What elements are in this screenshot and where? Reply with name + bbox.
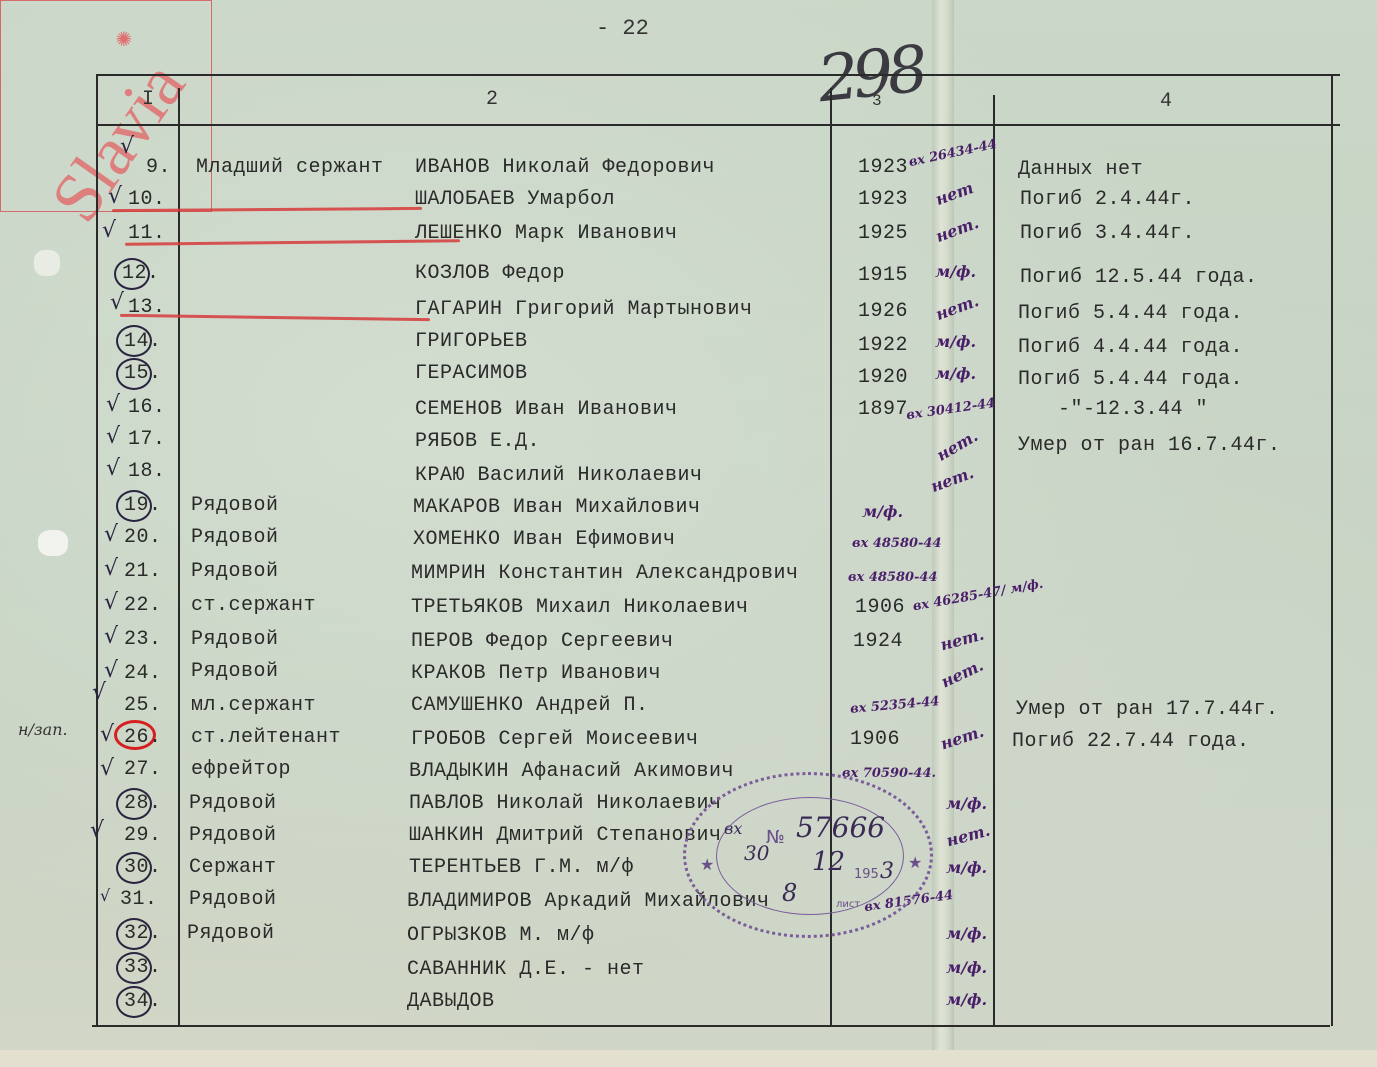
row-number: 27. [124, 758, 162, 781]
row-rank: Рядовой [187, 922, 275, 945]
stamp-sheet-label: лист [836, 899, 860, 910]
row-name: ЛЕШЕНКО Марк Иванович [415, 222, 678, 245]
check-mark-icon: √ [104, 590, 118, 615]
header-bottom-border [96, 124, 1340, 126]
stamp-number: 57666 [796, 811, 885, 844]
row-number: 15. [124, 362, 162, 385]
row-name: ИВАНОВ Николай Федорович [415, 156, 715, 179]
check-mark-icon: √ [106, 392, 120, 417]
row-number: 32. [124, 922, 162, 945]
stamp-sheet: 8 [782, 879, 797, 907]
row-number: 18. [128, 460, 166, 483]
column-header-4: 4 [1160, 90, 1172, 113]
row-rank: Сержант [189, 856, 277, 879]
row-annotation: вх 48580-44 [852, 536, 942, 551]
check-mark-icon: √ [108, 184, 122, 209]
row-number: 25. [124, 694, 162, 717]
row-number: 21. [124, 560, 162, 583]
row-year: 1923 [858, 188, 908, 211]
row-fate: -"-12.3.44 " [1058, 398, 1208, 421]
row-annotation: вх 48580-44 [848, 570, 938, 585]
row-annotation: м/ф. [946, 924, 987, 943]
archive-stamp: ★ ★ вх № 57666 30 12 195 3 8 лист [683, 772, 933, 938]
row-rank: ст.лейтенант [191, 726, 341, 749]
row-number: 23. [124, 628, 162, 651]
check-mark-icon: √ [100, 722, 114, 747]
sun-icon: ✺ [116, 23, 132, 54]
table-left-border [96, 74, 98, 1026]
row-fate: Погиб 2.4.44г. [1020, 188, 1195, 211]
row-number: 31. [120, 888, 158, 911]
row-name: ОГРЫЗКОВ М. м/ф [407, 924, 595, 947]
row-name: ГРИГОРЬЕВ [415, 330, 528, 353]
row-name: СЕМЕНОВ Иван Иванович [415, 398, 678, 421]
red-underline-row-11 [125, 239, 460, 246]
row-name: ГАГАРИН Григорий Мартынович [415, 298, 753, 321]
row-rank: Рядовой [189, 888, 277, 911]
row-fate: Погиб 5.4.44 года. [1018, 368, 1243, 391]
row-annotation: м/ф. [946, 858, 987, 877]
check-mark-icon: √ [100, 756, 114, 781]
row-number: 10. [128, 188, 166, 211]
paper-hole [38, 530, 68, 556]
row-year: 1923 [858, 156, 908, 179]
row-fate: Погиб 5.4.44 года. [1018, 302, 1243, 325]
row-number: 13. [128, 296, 166, 319]
row-annotation: м/ф. [946, 990, 987, 1009]
row-number: 22. [124, 594, 162, 617]
row-number: 24. [124, 662, 162, 685]
row-annotation: м/ф. [935, 262, 976, 281]
row-rank: ефрейтор [191, 758, 291, 781]
row-name: ГРОБОВ Сергей Моисеевич [411, 728, 699, 751]
check-mark-icon: √ [92, 680, 106, 705]
table-bottom-border [92, 1025, 1330, 1027]
row-fate: Умер от ран 16.7.44г. [1018, 434, 1281, 457]
row-name: ШАЛОБАЕВ Умарбол [415, 188, 615, 211]
stamp-day: 30 [744, 841, 769, 865]
row-name: ВЛАДЫКИН Афанасий Акимович [409, 760, 734, 783]
check-mark-icon: √ [100, 886, 110, 905]
row-rank: Рядовой [191, 628, 279, 651]
row-rank: Рядовой [191, 660, 279, 683]
row-annotation: м/ф. [946, 794, 987, 813]
check-mark-icon: √ [110, 290, 124, 315]
check-mark-icon: √ [102, 218, 116, 243]
row-number: 12. [122, 262, 160, 285]
paper-damage [34, 250, 60, 276]
row-annotation: м/ф. [946, 958, 987, 977]
stamp-month: 12 [812, 847, 845, 877]
row-number: 34. [124, 990, 162, 1013]
row-rank: Младший сержант [196, 156, 384, 179]
row-number: 17. [128, 428, 166, 451]
row-year: 1922 [858, 334, 908, 357]
row-number: 19. [124, 494, 162, 517]
row-name: САВАННИК Д.Е. - нет [407, 958, 645, 981]
row-number: 26. [124, 726, 162, 749]
stamp-year-prefix: 195 [854, 867, 879, 882]
column-header-1: I [142, 88, 154, 111]
row-name: САМУШЕНКО Андрей П. [411, 694, 649, 717]
check-mark-icon: √ [104, 556, 118, 581]
row-rank: Рядовой [191, 526, 279, 549]
row-fate: Погиб 3.4.44г. [1020, 222, 1195, 245]
row-name: МАКАРОВ Иван Михайлович [413, 496, 701, 519]
row-year: 1897 [858, 398, 908, 421]
row-year: 1920 [858, 366, 908, 389]
stamp-year-suffix: 3 [880, 859, 894, 884]
row-name: ШАНКИН Дмитрий Степанович [409, 824, 722, 847]
row-annotation: вх 52354-44 [850, 694, 940, 717]
row-number: 29. [124, 824, 162, 847]
row-number: 11. [128, 222, 166, 245]
row-year: 1924 [853, 630, 903, 653]
row-name: РЯБОВ Е.Д. [415, 430, 540, 453]
check-mark-icon: √ [106, 424, 120, 449]
check-mark-icon: √ [90, 818, 104, 843]
row-number: 16. [128, 396, 166, 419]
row-name: ХОМЕНКО Иван Ефимович [413, 528, 676, 551]
row-annotation: м/ф. [862, 502, 903, 521]
row-name: МИМРИН Константин Александрович [411, 562, 799, 585]
table-right-border [1331, 74, 1333, 1026]
col-divider-1 [178, 88, 180, 1026]
row-rank: Рядовой [191, 560, 279, 583]
row-number: 30. [124, 856, 162, 879]
row-name: ТЕРЕНТЬЕВ Г.М. м/ф [409, 856, 634, 879]
row-fate: Данных нет [1018, 158, 1143, 181]
row-number: 14. [124, 330, 162, 353]
col-divider-3 [993, 95, 995, 1026]
margin-note: н/зап. [18, 720, 68, 739]
row-name: ГЕРАСИМОВ [415, 362, 528, 385]
page-number: - 22 [596, 16, 649, 41]
check-mark-icon: √ [104, 624, 118, 649]
red-underline-row-13 [120, 314, 430, 321]
row-year: 1926 [858, 300, 908, 323]
row-name: ПАВЛОВ Николай Николаевич [409, 792, 722, 815]
row-annotation: м/ф. [935, 332, 976, 351]
row-fate: Погиб 22.7.44 года. [1012, 730, 1250, 753]
row-rank: мл.сержант [191, 694, 316, 717]
table-top-border [96, 74, 1340, 76]
row-number: 9. [146, 156, 171, 179]
row-rank: ст.сержант [191, 594, 316, 617]
column-header-2: 2 [486, 88, 498, 111]
check-mark-icon: √ [120, 134, 134, 159]
check-mark-icon: √ [104, 658, 118, 683]
row-rank: Рядовой [189, 824, 277, 847]
document-page: ✺ Slavia - 22 298 I 2 3 4 √ 9. Младший с… [0, 0, 1377, 1067]
check-mark-icon: √ [106, 456, 120, 481]
row-name: ТРЕТЬЯКОВ Михаил Николаевич [411, 596, 749, 619]
row-fate: Погиб 12.5.44 года. [1020, 266, 1258, 289]
row-year: 1906 [855, 596, 905, 619]
row-fate: Погиб 4.4.44 года. [1018, 336, 1243, 359]
row-year: 1906 [850, 728, 900, 751]
row-rank: Рядовой [191, 494, 279, 517]
paper-edge [0, 1050, 1377, 1067]
row-name: КРАЮ Василий Николаевич [415, 464, 703, 487]
stamp-prefix: вх [724, 819, 742, 838]
row-annotation: м/ф. [935, 364, 976, 383]
column-header-3: 3 [872, 92, 882, 110]
row-number: 28. [124, 792, 162, 815]
row-fate: Умер от ран 17.7.44г. [1016, 698, 1279, 721]
row-name: ДАВЫДОВ [407, 990, 495, 1013]
check-mark-icon: √ [104, 522, 118, 547]
star-icon: ★ [908, 853, 922, 872]
watermark-box: ✺ Slavia [0, 0, 212, 212]
row-year: 1925 [858, 222, 908, 245]
row-name: ПЕРОВ Федор Сергеевич [411, 630, 674, 653]
row-number: 33. [124, 956, 162, 979]
star-icon: ★ [700, 855, 714, 874]
row-year: 1915 [858, 264, 908, 287]
row-number: 20. [124, 526, 162, 549]
row-rank: Рядовой [189, 792, 277, 815]
row-name: КОЗЛОВ Федор [415, 262, 565, 285]
row-name: КРАКОВ Петр Иванович [411, 662, 661, 685]
